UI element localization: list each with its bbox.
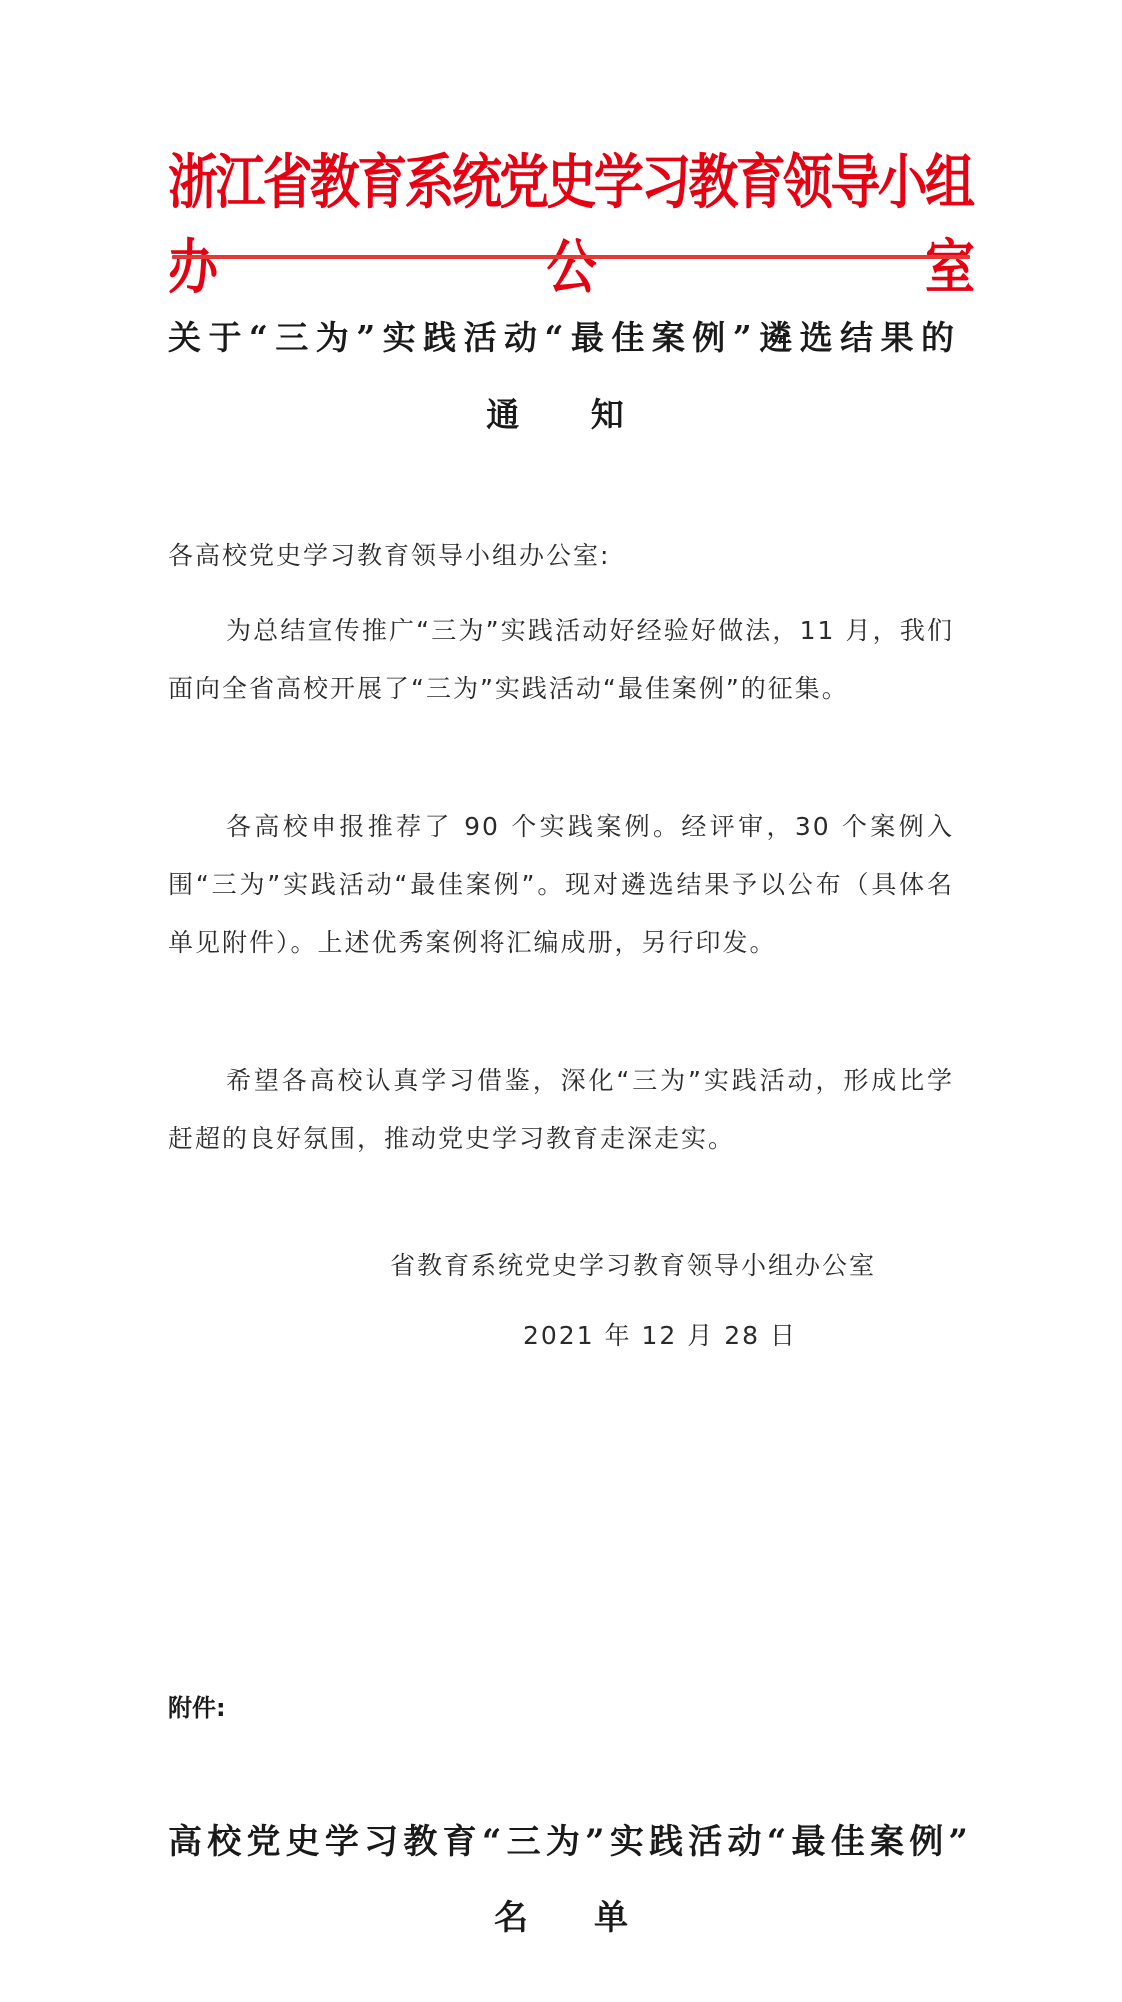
body-paragraph-2: 各高校申报推荐了 90 个实践案例。经评审，30 个案例入围“三为”实践活动“最… bbox=[168, 798, 954, 972]
document-page: 浙江省教育系统党史学习教育领导小组办公室 关于“三为”实践活动“最佳案例”遴选结… bbox=[0, 0, 1122, 2002]
notice-title-line1: 关于“三为”实践活动“最佳案例”遴选结果的 bbox=[168, 318, 954, 358]
notice-title-line2: 通 知 bbox=[0, 395, 1122, 435]
issuer-masthead: 浙江省教育系统党史学习教育领导小组办公室 bbox=[168, 140, 972, 310]
red-divider-rule bbox=[172, 255, 970, 259]
signature-date: 2021 年 12 月 28 日 bbox=[523, 1320, 797, 1352]
attachment-title-line1: 高校党史学习教育“三为”实践活动“最佳案例” bbox=[168, 1820, 968, 1864]
body-paragraph-3: 希望各高校认真学习借鉴，深化“三为”实践活动，形成比学赶超的良好氛围，推动党史学… bbox=[168, 1052, 954, 1168]
signature-issuer: 省教育系统党史学习教育领导小组办公室 bbox=[390, 1250, 930, 1282]
attachment-title-line2: 名单 bbox=[0, 1896, 1122, 1940]
body-paragraph-1: 为总结宣传推广“三为”实践活动好经验好做法，11 月，我们面向全省高校开展了“三… bbox=[168, 602, 954, 718]
attachment-label: 附件: bbox=[168, 1688, 226, 1723]
salutation: 各高校党史学习教育领导小组办公室: bbox=[168, 540, 610, 572]
